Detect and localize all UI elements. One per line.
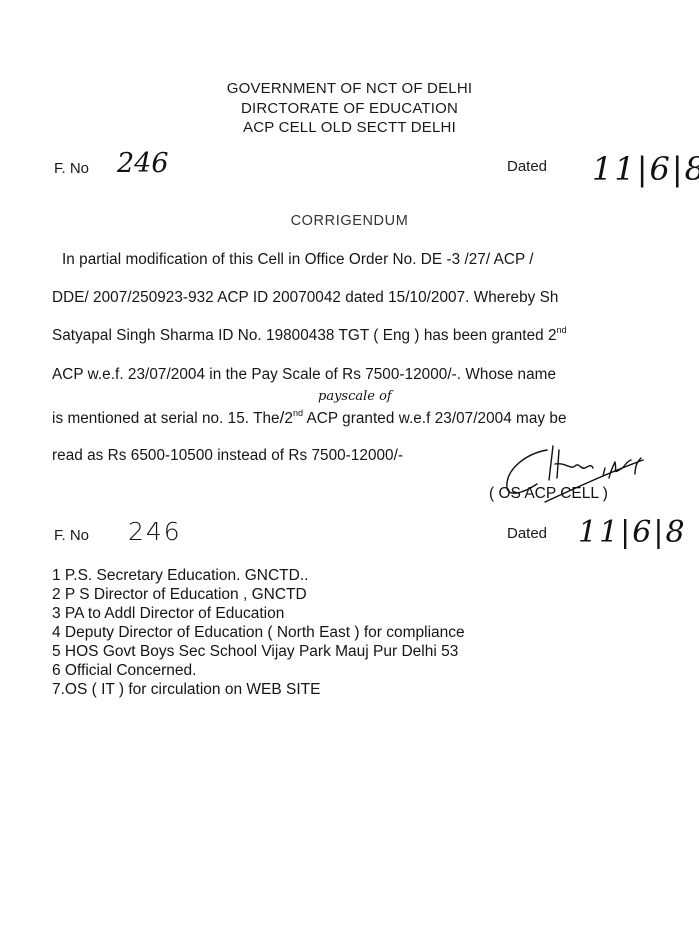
handwritten-insert: payscale of	[318, 389, 392, 404]
body-line-3: Satyapal Singh Sharma ID No. 19800438 TG…	[52, 327, 567, 345]
body-line-5-text-b: ACP granted w.e.f 23/07/2004 may be	[303, 410, 566, 427]
superscript: nd	[557, 325, 567, 335]
body-line-5-text-a: is mentioned at serial no. 15. The	[52, 410, 280, 427]
distribution-item: 7.OS ( IT ) for circulation on WEB SITE	[52, 681, 320, 699]
header-directorate: DIRCTORATE OF EDUCATION	[0, 100, 699, 117]
body-line-1: In partial modification of this Cell in …	[62, 251, 534, 269]
document-title: CORRIGENDUM	[0, 213, 699, 229]
file-no-value-bottom-handwritten: 246	[128, 517, 182, 546]
body-line-3-text: Satyapal Singh Sharma ID No. 19800438 TG…	[52, 327, 557, 344]
file-no-label: F. No	[54, 160, 89, 177]
signatory-designation: ( OS ACP CELL )	[489, 485, 608, 503]
distribution-item: 4 Deputy Director of Education ( North E…	[52, 624, 465, 642]
body-line-2: DDE/ 2007/250923-932 ACP ID 20070042 dat…	[52, 289, 558, 307]
distribution-item: 1 P.S. Secretary Education. GNCTD..	[52, 567, 308, 585]
header-cell: ACP CELL OLD SECTT DELHI	[0, 119, 699, 136]
body-line-5-num: 2	[284, 410, 293, 427]
body-line-6: read as Rs 6500-10500 instead of Rs 7500…	[52, 447, 403, 465]
file-no-value-handwritten: 246	[117, 148, 169, 179]
body-line-5: is mentioned at serial no. 15. The/2nd A…	[52, 408, 567, 428]
dated-label-bottom: Dated	[507, 525, 547, 542]
dated-label: Dated	[507, 158, 547, 175]
body-line-4: ACP w.e.f. 23/07/2004 in the Pay Scale o…	[52, 366, 556, 384]
distribution-item: 3 PA to Addl Director of Education	[52, 605, 284, 623]
distribution-item: 2 P S Director of Education , GNCTD	[52, 586, 307, 604]
dated-value-bottom-handwritten: 11|6|8	[578, 515, 687, 550]
distribution-item: 6 Official Concerned.	[52, 662, 196, 680]
distribution-item: 5 HOS Govt Boys Sec School Vijay Park Ma…	[52, 643, 458, 661]
dated-value-handwritten: 11|6|8	[592, 150, 699, 188]
header-government: GOVERNMENT OF NCT OF DELHI	[0, 80, 699, 97]
superscript: nd	[293, 408, 303, 418]
file-no-label-bottom: F. No	[54, 527, 89, 544]
